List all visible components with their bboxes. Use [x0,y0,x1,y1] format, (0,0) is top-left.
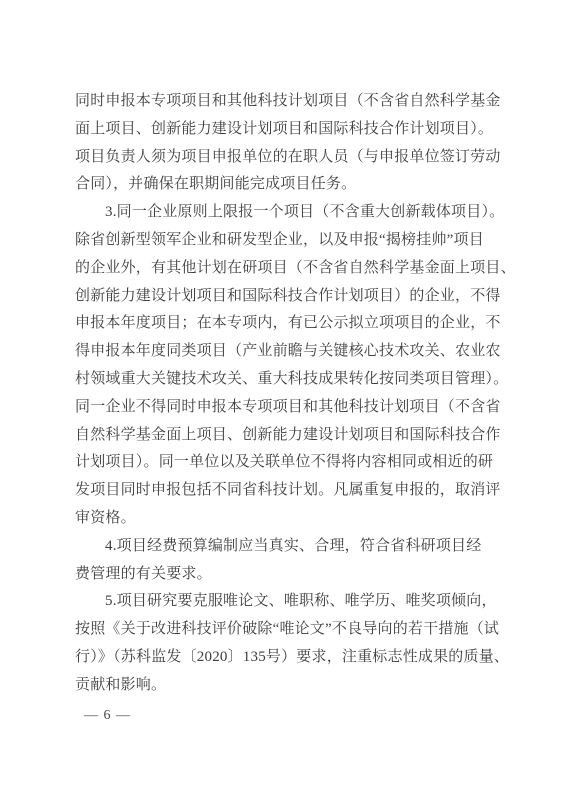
text-line: 村领域重大关键技术攻关、重大科技成果转化按同类项目管理）。 [75,366,495,394]
text-line: 自然科学基金面上项目、创新能力建设计划项目和国际科技合作 [75,422,495,450]
document-page: 同时申报本专项项目和其他科技计划项目（不含省自然科学基金面上项目、创新能力建设计… [0,0,566,800]
body-text: 同时申报本专项项目和其他科技计划项目（不含省自然科学基金面上项目、创新能力建设计… [75,88,495,700]
text-line: 合同），并确保在职期间能完成项目任务。 [75,171,495,199]
text-line: 同时申报本专项项目和其他科技计划项目（不含省自然科学基金 [75,88,495,116]
text-line: 计划项目）。同一单位以及关联单位不得将内容相同或相近的研 [75,449,495,477]
text-line: 3.同一企业原则上限报一个项目（不含重大创新载体项目）。 [75,199,495,227]
text-line: 行）》（苏科监发〔2020〕135号）要求，注重标志性成果的质量、 [75,644,495,672]
text-line: 创新能力建设计划项目和国际科技合作计划项目）的企业，不得 [75,283,495,311]
text-line: 得申报本年度同类项目（产业前瞻与关键核心技术攻关、农业农 [75,338,495,366]
text-line: 费管理的有关要求。 [75,561,495,589]
text-line: 面上项目、创新能力建设计划项目和国际科技合作计划项目）。 [75,116,495,144]
text-line: 按照《关于改进科技评价破除“唯论文”不良导向的若干措施（试 [75,616,495,644]
page-number: — 6 — [84,706,131,726]
text-line: 的企业外，有其他计划在研项目（不含省自然科学基金面上项目、 [75,255,495,283]
text-line: 申报本年度项目；在本专项内，有已公示拟立项项目的企业，不 [75,310,495,338]
text-line: 5.项目研究要克服唯论文、唯职称、唯学历、唯奖项倾向， [75,588,495,616]
text-line: 发项目同时申报包括不同省科技计划。凡属重复申报的，取消评 [75,477,495,505]
text-line: 项目负责人须为项目申报单位的在职人员（与申报单位签订劳动 [75,144,495,172]
text-line: 除省创新型领军企业和研发型企业，以及申报“揭榜挂帅”项目 [75,227,495,255]
text-line: 审资格。 [75,505,495,533]
text-line: 贡献和影响。 [75,672,495,700]
text-line: 4.项目经费预算编制应当真实、合理，符合省科研项目经 [75,533,495,561]
text-line: 同一企业不得同时申报本专项项目和其他科技计划项目（不含省 [75,394,495,422]
